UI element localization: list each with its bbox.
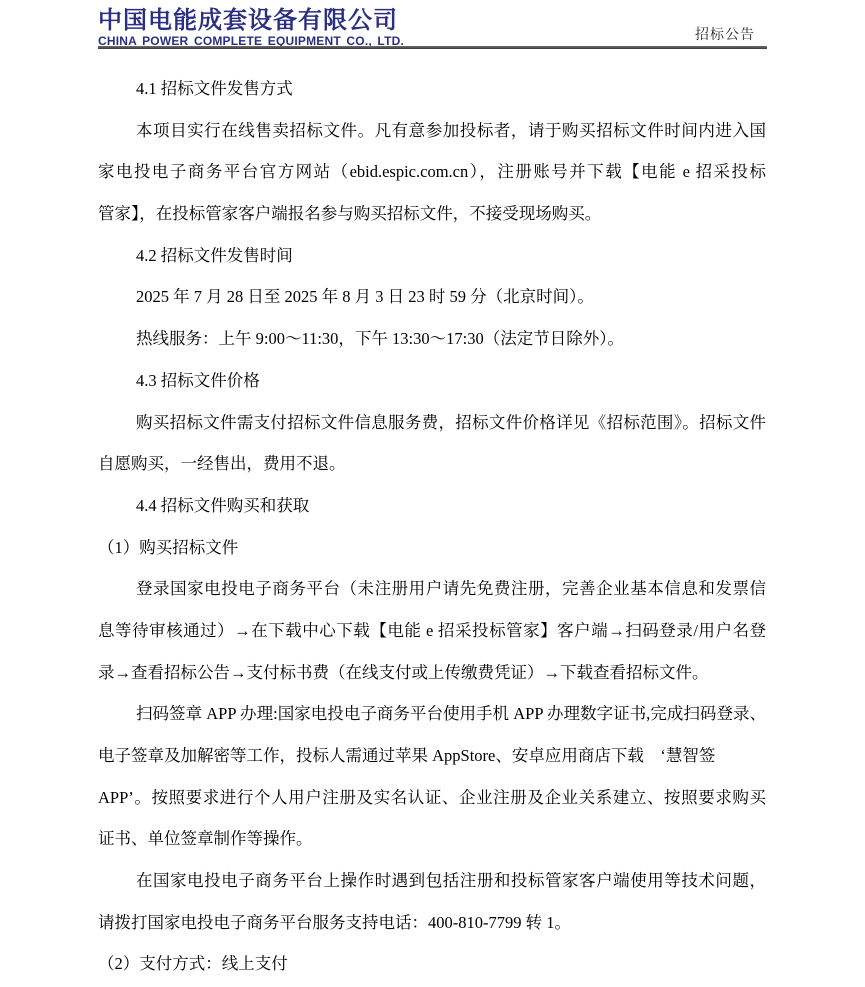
document-line: 4.2 招标文件发售时间 [98,235,766,277]
document-body: 4.1 招标文件发售方式本项目实行在线售卖招标文件。凡有意参加投标者，请于购买招… [98,68,766,985]
document-line: 管家】，在投标管家客户端报名参与购买招标文件，不接受现场购买。 [98,193,766,235]
document-line: 本项目实行在线售卖招标文件。凡有意参加投标者，请于购买招标文件时间内进入国 [98,110,766,152]
document-line: 购买招标文件需支付招标文件信息服务费，招标文件价格详见《招标范围》。招标文件 [98,402,766,444]
document-line: 自愿购买，一经售出，费用不退。 [98,443,766,485]
document-line: 家电投电子商务平台官方网站（ebid.espic.com.cn），注册账号并下载… [98,151,766,193]
document-line: 请拨打国家电投电子商务平台服务支持电话：400-810-7799 转 1。 [98,902,766,944]
company-logo: 中国电能成套设备有限公司 CHINA POWER COMPLETE EQUIPM… [98,8,767,47]
document-line: 热线服务：上午 9:00～11:30，下午 13:30～17:30（法定节日除外… [98,318,766,360]
document-line: （1）购买招标文件 [98,527,766,569]
header-divider [98,46,767,49]
document-line: 扫码签章 APP 办理:国家电投电子商务平台使用手机 APP 办理数字证书,完成… [98,693,766,735]
document-line: 息等待审核通过）→在下载中心下载【电能 e 招采投标管家】客户端→扫码登录/用户… [98,610,766,652]
letterhead: 中国电能成套设备有限公司 CHINA POWER COMPLETE EQUIPM… [98,0,767,50]
doc-type-label: 招标公告 [695,28,755,44]
document-line: 4.1 招标文件发售方式 [98,68,766,110]
document-page: 中国电能成套设备有限公司 CHINA POWER COMPLETE EQUIPM… [0,0,865,987]
document-line: APP’。按照要求进行个人用户注册及实名认证、企业注册及企业关系建立、按照要求购… [98,777,766,819]
document-line: 电子签章及加解密等工作，投标人需通过苹果 AppStore、安卓应用商店下载 ‘… [98,735,766,777]
document-line: 证书、单位签章制作等操作。 [98,818,766,860]
document-line: 2025 年 7 月 28 日至 2025 年 8 月 3 日 23 时 59 … [98,276,766,318]
document-line: 在国家电投电子商务平台上操作时遇到包括注册和投标管家客户端使用等技术问题， [98,860,766,902]
document-line: 4.3 招标文件价格 [98,360,766,402]
document-line: 4.4 招标文件购买和获取 [98,485,766,527]
document-line: （2）支付方式：线上支付 [98,943,766,985]
document-line: 录→查看招标公告→支付标书费（在线支付或上传缴费凭证）→下载查看招标文件。 [98,652,766,694]
document-line: 登录国家电投电子商务平台（未注册用户请先免费注册，完善企业基本信息和发票信 [98,568,766,610]
company-name-cn: 中国电能成套设备有限公司 [98,8,767,34]
